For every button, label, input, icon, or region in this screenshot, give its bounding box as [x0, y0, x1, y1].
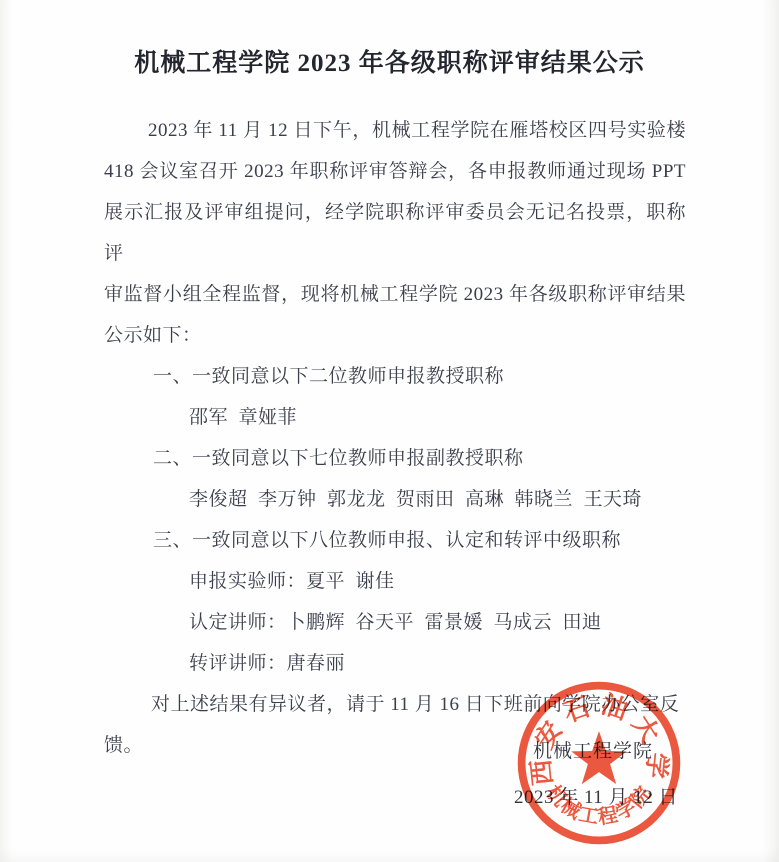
document-title: 机械工程学院 2023 年各级职称评审结果公示: [0, 43, 779, 79]
result-item3-heading: 三、一致同意以下八位教师申报、认定和转评中级职称: [104, 520, 686, 561]
paragraph1-line3: 展示汇报及评审组提问，经学院职称评审委员会无记名投票，职称评: [104, 192, 686, 274]
result-item2-heading: 二、一致同意以下七位教师申报副教授职称: [104, 438, 686, 479]
paragraph1-line2: 418 会议室召开 2023 年职称评审答辩会，各申报教师通过现场 PPT: [104, 151, 686, 192]
result-item3-apply-experimentalist: 申报实验师：夏平 谢佳: [104, 561, 686, 602]
scanned-announcement-page: 机械工程学院 2023 年各级职称评审结果公示 2023 年 11 月 12 日…: [0, 0, 779, 862]
paragraph1-line1: 2023 年 11 月 12 日下午，机械工程学院在雁塔校区四号实验楼: [104, 110, 686, 151]
result-item1-names: 邵军 章娅菲: [104, 397, 686, 438]
paragraph1-line4: 审监督小组全程监督，现将机械工程学院 2023 年各级职称评审结果: [104, 274, 686, 315]
result-item3-transfer-lecturer: 转评讲师：唐春丽: [104, 643, 686, 684]
paragraph1-line5: 公示如下：: [104, 315, 686, 356]
result-item3-confirm-lecturer: 认定讲师：卜鹏辉 谷天平 雷景媛 马成云 田迪: [104, 602, 686, 643]
signature-date: 2023 年 11 月 12 日: [514, 782, 678, 809]
document-body: 2023 年 11 月 12 日下午，机械工程学院在雁塔校区四号实验楼 418 …: [104, 110, 686, 766]
result-item1-heading: 一、一致同意以下二位教师申报教授职称: [104, 356, 686, 397]
result-item2-names: 李俊超 李万钟 郭龙龙 贺雨田 高琳 韩晓兰 王天琦: [104, 479, 686, 520]
signature-department: 机械工程学院: [533, 736, 653, 763]
